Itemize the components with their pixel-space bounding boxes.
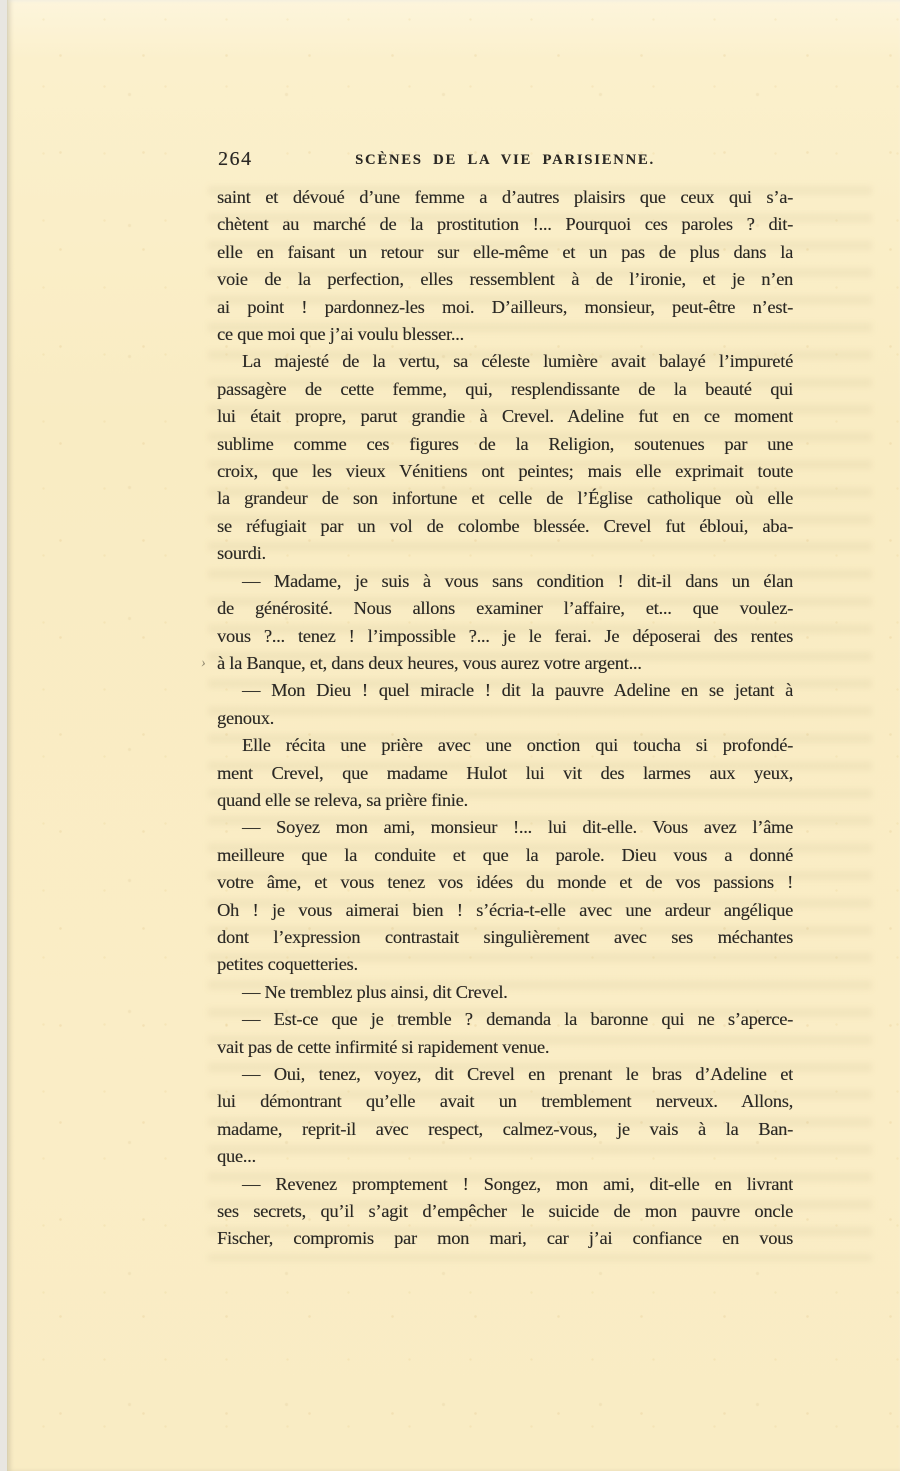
text-line: saint et dévoué d’une femme a d’autres p… [217,184,793,211]
text-line: à la Banque, et, dans deux heures, vous … [217,650,793,677]
paper-sheet: › 264 SCÈNES DE LA VIE PARISIENNE. saint… [7,0,900,1471]
text-line: voie de la perfection, elles ressemblent… [217,266,793,293]
text-line: petites coquetteries. [217,951,793,978]
text-line: chètent au marché de la prostitution !..… [217,211,793,238]
text-line: lui démontrant qu’elle avait un tremblem… [217,1088,793,1115]
text-line: la grandeur de son infortune et celle de… [217,485,793,512]
text-line: sublime comme ces figures de la Religion… [217,431,793,458]
paragraph: — Revenez promptement ! Songez, mon ami,… [217,1171,793,1253]
text-line: Fischer, compromis par mon mari, car j’a… [217,1225,793,1252]
text-line: — Est-ce que je tremble ? demanda la bar… [217,1006,793,1033]
text-line: Oh ! je vous aimerai bien ! s’écria-t-el… [217,897,793,924]
paragraph: — Madame, je suis à vous sans condition … [217,568,793,678]
text-line: — Madame, je suis à vous sans condition … [217,568,793,595]
text-line: — Ne tremblez plus ainsi, dit Crevel. [217,979,793,1006]
page-content: 264 SCÈNES DE LA VIE PARISIENNE. saint e… [217,148,793,1253]
page-number: 264 [218,148,253,171]
text-line: La majesté de la vertu, sa céleste lumiè… [217,348,793,375]
book-page-scan: › 264 SCÈNES DE LA VIE PARISIENNE. saint… [0,0,900,1471]
text-line: votre âme, et vous tenez vos idées du mo… [217,869,793,896]
text-line: ses secrets, qu’il s’agit d’empêcher le … [217,1198,793,1225]
paragraph: — Oui, tenez, voyez, dit Crevel en prena… [217,1061,793,1171]
paragraph: Elle récita une prière avec une onction … [217,732,793,814]
text-line: croix, que les vieux Vénitiens ont peint… [217,458,793,485]
text-line: genoux. [217,705,793,732]
text-line: vous ?... tenez ! l’impossible ?... je l… [217,623,793,650]
running-title: SCÈNES DE LA VIE PARISIENNE. [217,148,793,169]
body-text: saint et dévoué d’une femme a d’autres p… [217,184,793,1253]
text-line: quand elle se releva, sa prière finie. [217,787,793,814]
text-line: Elle récita une prière avec une onction … [217,732,793,759]
text-line: — Oui, tenez, voyez, dit Crevel en prena… [217,1061,793,1088]
running-head: 264 SCÈNES DE LA VIE PARISIENNE. [217,148,793,174]
text-line: — Mon Dieu ! quel miracle ! dit la pauvr… [217,677,793,704]
text-line: elle en faisant un retour sur elle-même … [217,239,793,266]
text-line: ment Crevel, que madame Hulot lui vit de… [217,760,793,787]
text-line: passagère de cette femme, qui, resplendi… [217,376,793,403]
paragraph: La majesté de la vertu, sa céleste lumiè… [217,348,793,567]
text-line: — Revenez promptement ! Songez, mon ami,… [217,1171,793,1198]
text-line: se réfugiait par un vol de colombe bless… [217,513,793,540]
text-line: lui était propre, parut grandie à Crevel… [217,403,793,430]
text-line: ai point ! pardonnez-les moi. D’ailleurs… [217,294,793,321]
paragraph: saint et dévoué d’une femme a d’autres p… [217,184,793,348]
text-line: vait pas de cette infirmité si rapidemen… [217,1034,793,1061]
text-line: meilleure que la conduite et que la paro… [217,842,793,869]
text-line: dont l’expression contrastait singulière… [217,924,793,951]
paragraph: — Est-ce que je tremble ? demanda la bar… [217,1006,793,1061]
paragraph: — Mon Dieu ! quel miracle ! dit la pauvr… [217,677,793,732]
paragraph: — Soyez mon ami, monsieur !... lui dit-e… [217,814,793,978]
ink-smudge-mark: › [200,655,207,673]
text-line: que... [217,1143,793,1170]
text-line: sourdi. [217,540,793,567]
text-line: ce que moi que j’ai voulu blesser... [217,321,793,348]
paragraph: — Ne tremblez plus ainsi, dit Crevel. [217,979,793,1006]
text-line: madame, reprit-il avec respect, calmez-v… [217,1116,793,1143]
text-line: — Soyez mon ami, monsieur !... lui dit-e… [217,814,793,841]
text-line: de générosité. Nous allons examiner l’af… [217,595,793,622]
